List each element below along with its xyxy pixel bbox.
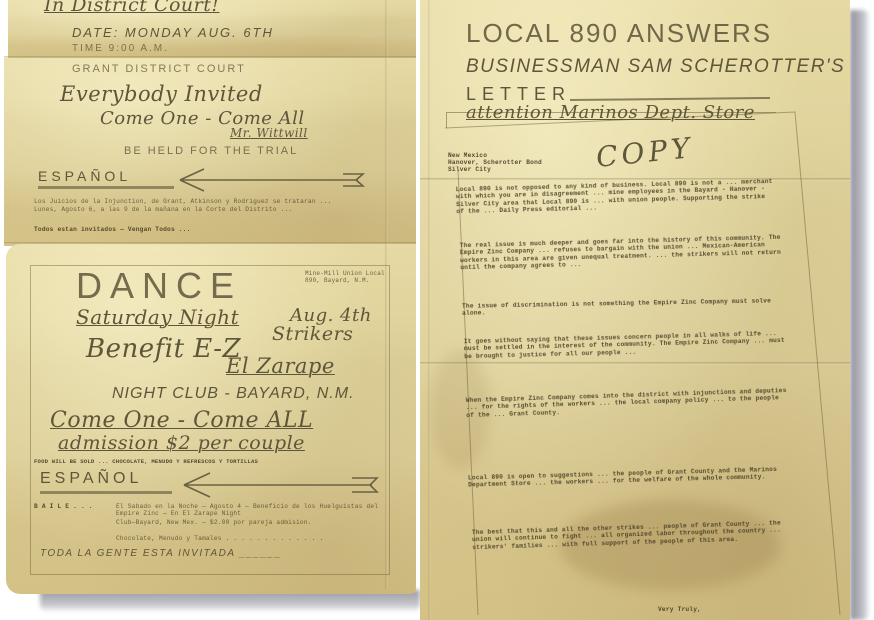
court-spanish-text-2: Lunes, Agosto 6, a las 9 de la mañana en… (34, 206, 384, 213)
baile-text-1: El Sabado en la Noche — Agosto 4 — Benef… (116, 503, 388, 518)
dance-side-note: Mine-Mill Union Local 890, Bayard, N.M. (305, 270, 385, 285)
dance-come-all: Come One - Come ALL (50, 408, 313, 433)
arrow-left-icon (182, 470, 382, 500)
court-invite: Everybody Invited (60, 82, 263, 106)
baile-text-3: Chocolate, Menudo y Tamales . . . . . . … (116, 535, 388, 542)
court-spanish-text-1: Los Juicios de la Injunction, de Grant, … (34, 198, 384, 205)
dance-footer: TODA LA GENTE ESTA INVITADA ______ (40, 548, 282, 559)
court-heading: In District Court! (44, 0, 220, 16)
dance-title: DANCE (76, 265, 242, 307)
letter-header-1: LOCAL 890 ANSWERS (466, 18, 772, 49)
baile-text-2: Club—Bayard, New Mex. — $2.00 por pareja… (116, 519, 388, 526)
court-time: TIME 9:00 A.M. (72, 43, 169, 54)
court-held: BE HELD FOR THE TRIAL (124, 145, 298, 157)
dance-food-line: FOOD WILL BE SOLD ... CHOCOLATE, MENUDO … (34, 458, 394, 465)
court-cross-line: Mr. Wittwill (230, 126, 308, 140)
dance-strikers: Strikers (272, 323, 353, 345)
photo-stage: In District Court! DATE: MONDAY AUG. 6TH… (0, 0, 874, 620)
dance-venue: El Zarape (226, 354, 335, 378)
fold-line (4, 242, 416, 245)
fold-line (4, 56, 416, 59)
dance-espanol-label: ESPAÑOL (40, 470, 142, 488)
dance-date-day: Saturday Night (76, 305, 239, 329)
arrow-left-icon (178, 166, 368, 194)
court-espanol-label: ESPAÑOL (38, 168, 131, 184)
dance-location: NIGHT CLUB - BAYARD, N.M. (112, 385, 355, 403)
baile-label: B A I L E . . . (34, 503, 124, 510)
court-spanish-text-3: Todos estan invitados — Vengan Todos ... (34, 226, 384, 233)
letter-attention: attention Marinos Dept. Store (466, 102, 755, 123)
letter-header-2: BUSINESSMAN SAM SCHEROTTER'S (466, 56, 845, 78)
espanol-underline (38, 186, 174, 189)
dance-admission: admission $2 per couple (58, 432, 305, 454)
espanol-underline (40, 491, 172, 494)
address-line-3: Silver City (448, 166, 598, 173)
dance-benefit: Benefit E-Z (86, 334, 241, 364)
fold-line (428, 0, 431, 620)
court-place: GRANT DISTRICT COURT (72, 63, 246, 75)
letter-closing: Very Truly, (658, 606, 738, 613)
court-date: DATE: MONDAY AUG. 6TH (72, 25, 274, 40)
